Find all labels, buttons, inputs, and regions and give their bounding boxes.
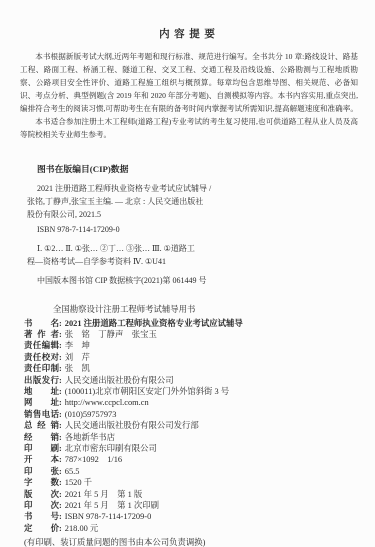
colophon-label: 责任印制 xyxy=(24,363,59,374)
colophon-label: 印张 xyxy=(24,466,59,477)
cip-title: 图书在版编目(CIP)数据 xyxy=(27,162,375,175)
colophon-row-website: 网址:http://www.ccpcl.com.cn xyxy=(24,397,375,408)
colon: : xyxy=(59,432,62,443)
colophon-value-impression: 2021 年 5 月 第 1 次印刷 xyxy=(65,500,375,511)
colophon-section: 全国勘察设计注册工程师考试辅导用书 书名:2021 注册道路工程师执业资格专业考… xyxy=(24,304,375,534)
colophon-label: 网址 xyxy=(24,397,59,408)
colophon-value-proofreader: 刘 芹 xyxy=(65,352,375,363)
colophon-label: 书名 xyxy=(24,318,59,329)
colophon-row-general-distributor: 总经销:人民交通出版社股份有限公司发行部 xyxy=(24,420,375,431)
colon: : xyxy=(59,375,62,386)
colophon-label: 销售电话 xyxy=(24,409,59,420)
colon: : xyxy=(59,420,62,431)
colophon-row-print-supervisor: 责任印制:张 凯 xyxy=(24,363,375,374)
colophon-row-edition: 版次:2021 年 5 月 第 1 版 xyxy=(24,489,375,500)
series-title: 全国勘察设计注册工程师考试辅导用书 xyxy=(53,304,375,316)
colophon-value-print-supervisor: 张 凯 xyxy=(65,363,375,374)
summary-paragraph-2: 本书适合参加注册土木工程师(道路工程)专业考试的考生复习使用,也可供道路工程从业… xyxy=(20,115,358,141)
colophon-label: 经销 xyxy=(24,432,59,443)
colophon-row-sheets: 印张:65.5 xyxy=(24,466,375,477)
colophon-row-distributor: 经销:各地新华书店 xyxy=(24,432,375,443)
colophon-value-authors: 张 铭 丁静声 张宝玉 xyxy=(65,329,375,340)
colophon-value-book-title: 2021 注册道路工程师执业资格专业考试应试辅导 xyxy=(65,318,375,329)
colon: : xyxy=(59,454,62,465)
colophon-label: 开本 xyxy=(24,454,59,465)
colophon-row-authors: 著作者:张 铭 丁静声 张宝玉 xyxy=(24,329,375,340)
cip-description: 2021 注册道路工程师执业资格专业考试应试辅导 / 张铭,丁静声,张宝玉主编.… xyxy=(27,182,375,221)
colophon-row-price: 定价:218.00 元 xyxy=(24,523,375,534)
colophon-value-publisher: 人民交通出版社股份有限公司 xyxy=(65,375,375,386)
colophon-row-format: 开本:787×1092 1/16 xyxy=(24,454,375,465)
cip-classification: Ⅰ. ①2… Ⅱ. ①张… ②丁… ③张… Ⅲ. ①道路工 程—资格考试—自学参… xyxy=(27,242,375,268)
colophon-row-word-count: 字数:1520 千 xyxy=(24,477,375,488)
colophon-row-proofreader: 责任校对:刘 芹 xyxy=(24,352,375,363)
colophon-label: 书号 xyxy=(24,511,59,522)
content-summary-section: 内 容 提 要 本书根据新版考试大纲,近两年考题和现行标准、规范进行编写。全书共… xyxy=(0,26,375,141)
colophon-value-printer: 北京市密东印刷有限公司 xyxy=(65,443,375,454)
colophon-label: 责任编辑 xyxy=(24,340,59,351)
colophon-value-price: 218.00 元 xyxy=(65,523,375,534)
colophon-row-isbn: 书号:ISBN 978-7-114-17209-0 xyxy=(24,511,375,522)
colophon-value-isbn: ISBN 978-7-114-17209-0 xyxy=(65,511,375,522)
colon: : xyxy=(59,397,62,408)
colophon-value-edition: 2021 年 5 月 第 1 版 xyxy=(65,489,375,500)
colophon-label: 版次 xyxy=(24,489,59,500)
colophon-value-general-distributor: 人民交通出版社股份有限公司发行部 xyxy=(65,420,375,431)
colon: : xyxy=(59,329,62,340)
colon: : xyxy=(59,477,62,488)
colophon-value-address: (100011)北京市朝阳区安定门外外馆斜街 3 号 xyxy=(65,386,375,397)
colophon-row-impression: 印次:2021 年 5 月 第 1 次印刷 xyxy=(24,500,375,511)
cip-data-section: 图书在版编目(CIP)数据 2021 注册道路工程师执业资格专业考试应试辅导 /… xyxy=(27,162,375,287)
cip-record-number: 中国版本图书馆 CIP 数据核字(2021)第 061449 号 xyxy=(27,274,375,287)
colophon-value-format: 787×1092 1/16 xyxy=(65,454,375,465)
colon: : xyxy=(59,386,62,397)
summary-title: 内 容 提 要 xyxy=(0,26,375,41)
colophon-label: 印次 xyxy=(24,500,59,511)
colophon-row-printer: 印刷:北京市密东印刷有限公司 xyxy=(24,443,375,454)
colophon-label: 出版发行 xyxy=(24,375,59,386)
colophon-value-distributor: 各地新华书店 xyxy=(65,432,375,443)
colon: : xyxy=(59,500,62,511)
colon: : xyxy=(59,466,62,477)
colon: : xyxy=(59,511,62,522)
colon: : xyxy=(59,318,62,329)
quality-replacement-note: (有印刷、装订质量问题的图书由本公司负责调换) xyxy=(24,537,375,547)
cip-isbn: ISBN 978-7-114-17209-0 xyxy=(27,223,375,236)
colophon-value-editor: 李 坤 xyxy=(65,340,375,351)
colon: : xyxy=(59,523,62,534)
colon: : xyxy=(59,489,62,500)
colon: : xyxy=(59,443,62,454)
colophon-label: 地址 xyxy=(24,386,59,397)
summary-paragraph-1: 本书根据新版考试大纲,近两年考题和现行标准、规范进行编写。全书共分 10 章:路… xyxy=(20,50,358,115)
colon: : xyxy=(59,363,62,374)
colophon-label: 定价 xyxy=(24,523,59,534)
colophon-label: 著作者 xyxy=(24,329,59,340)
book-copyright-page: 内 容 提 要 本书根据新版考试大纲,近两年考题和现行标准、规范进行编写。全书共… xyxy=(0,0,375,547)
colophon-value-website: http://www.ccpcl.com.cn xyxy=(65,397,375,408)
colophon-label: 责任校对 xyxy=(24,352,59,363)
colophon-row-address: 地址:(100011)北京市朝阳区安定门外外馆斜街 3 号 xyxy=(24,386,375,397)
colon: : xyxy=(59,409,62,420)
colon: : xyxy=(59,352,62,363)
colophon-row-title: 书名:2021 注册道路工程师执业资格专业考试应试辅导 xyxy=(24,318,375,329)
colophon-value-sheets: 65.5 xyxy=(65,466,375,477)
colophon-value-word-count: 1520 千 xyxy=(65,477,375,488)
colophon-label: 字数 xyxy=(24,477,59,488)
colophon-row-sales-phone: 销售电话:(010)59757973 xyxy=(24,409,375,420)
colophon-value-sales-phone: (010)59757973 xyxy=(65,409,375,420)
colophon-row-publisher: 出版发行:人民交通出版社股份有限公司 xyxy=(24,375,375,386)
colon: : xyxy=(59,340,62,351)
colophon-label: 总经销 xyxy=(24,420,59,431)
colophon-row-editor: 责任编辑:李 坤 xyxy=(24,340,375,351)
colophon-label: 印刷 xyxy=(24,443,59,454)
